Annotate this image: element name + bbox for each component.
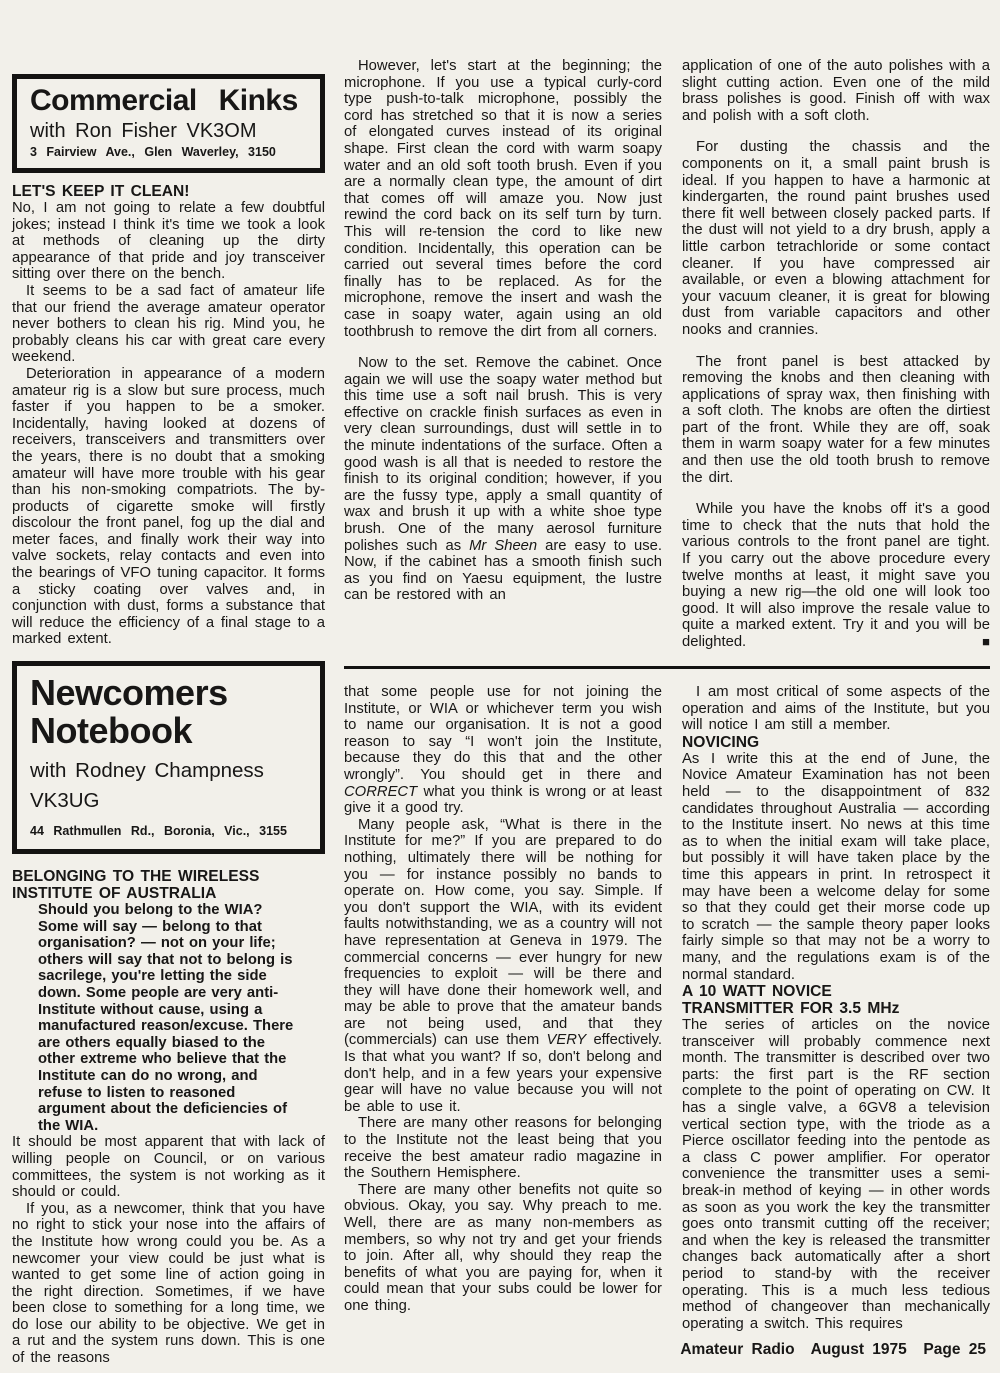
paragraph-text: While you have the knobs off it's a good… (682, 501, 990, 650)
article-paragraph: that some people use for not joining the… (344, 684, 662, 817)
commercial-kinks-title: Commercial Kinks (30, 84, 312, 118)
article-paragraph: Many people ask, “What is there in the I… (344, 817, 662, 1116)
article-paragraph: Deterioration in appearance of a modern … (12, 366, 325, 648)
paragraph-text: that some people use for not joining the… (344, 684, 662, 783)
column-2-bottom: that some people use for not joining the… (344, 684, 662, 1315)
column-1: Commercial Kinks with Ron Fisher VK3OM 3… (12, 74, 325, 1367)
article-paragraph: It should be most apparent that with lac… (12, 1134, 325, 1200)
column-2-top: However, let's start at the beginning; t… (344, 58, 662, 604)
commercial-kinks-masthead: Commercial Kinks with Ron Fisher VK3OM 3… (12, 74, 325, 173)
italic-text: CORRECT (344, 784, 417, 800)
column-3-bottom: I am most critical of some aspects of th… (682, 684, 990, 1332)
newcomers-title-line1: Newcomers (30, 674, 312, 712)
italic-text: VERY (546, 1032, 586, 1048)
article-paragraph: I am most critical of some aspects of th… (682, 684, 990, 734)
heading-10-watt-novice-transmitter: A 10 WATT NOVICE TRANSMITTER FOR 3.5 MHz (682, 983, 934, 1017)
article-paragraph: While you have the knobs off it's a good… (682, 501, 990, 650)
heading-lets-keep-it-clean: LET'S KEEP IT CLEAN! (12, 183, 325, 200)
commercial-kinks-byline: with Ron Fisher VK3OM (30, 118, 312, 144)
article-paragraph: However, let's start at the beginning; t… (344, 58, 662, 340)
heading-novicing: NOVICING (682, 734, 990, 751)
article-paragraph: No, I am not going to relate a few doubt… (12, 200, 325, 283)
column-3-top: application of one of the auto polishes … (682, 58, 990, 651)
newcomers-title-line2: Notebook (30, 712, 312, 750)
page-footer: Amateur Radio August 1975 Page 25 (680, 1341, 986, 1359)
lead-bold-paragraph: Should you belong to the WIA? Some will … (12, 902, 303, 1134)
article-paragraph: There are many other reasons for belongi… (344, 1115, 662, 1181)
newcomers-notebook-masthead: Newcomers Notebook with Rodney Champness… (12, 661, 325, 854)
paragraph-text: Now to the set. Remove the cabinet. Once… (344, 355, 662, 554)
article-paragraph: The series of articles on the novice tra… (682, 1017, 990, 1332)
article-paragraph: application of one of the auto polishes … (682, 58, 990, 124)
end-of-article-mark: ■ (968, 634, 990, 651)
newcomers-address: 44 Rathmullen Rd., Boronia, Vic., 3155 (30, 823, 312, 839)
article-paragraph: It seems to be a sad fact of amateur lif… (12, 283, 325, 366)
article-paragraph: As I write this at the end of June, the … (682, 751, 990, 983)
article-paragraph: The front panel is best attacked by remo… (682, 354, 990, 487)
section-divider-rule (344, 666, 990, 669)
paragraph-text: Many people ask, “What is there in the I… (344, 817, 662, 1049)
article-paragraph: There are many other benefits not quite … (344, 1182, 662, 1315)
article-paragraph: Now to the set. Remove the cabinet. Once… (344, 355, 662, 604)
article-paragraph: For dusting the chassis and the componen… (682, 139, 990, 338)
magazine-page: Commercial Kinks with Ron Fisher VK3OM 3… (0, 0, 1000, 1373)
italic-text: Mr Sheen (469, 538, 537, 554)
commercial-kinks-address: 3 Fairview Ave., Glen Waverley, 3150 (30, 144, 312, 160)
article-paragraph: If you, as a newcomer, think that you ha… (12, 1201, 325, 1367)
newcomers-byline: with Rodney Champness VK3UG (30, 756, 312, 816)
heading-belonging-to-wia: BELONGING TO THE WIRELESS INSTITUTE OF A… (12, 868, 274, 902)
